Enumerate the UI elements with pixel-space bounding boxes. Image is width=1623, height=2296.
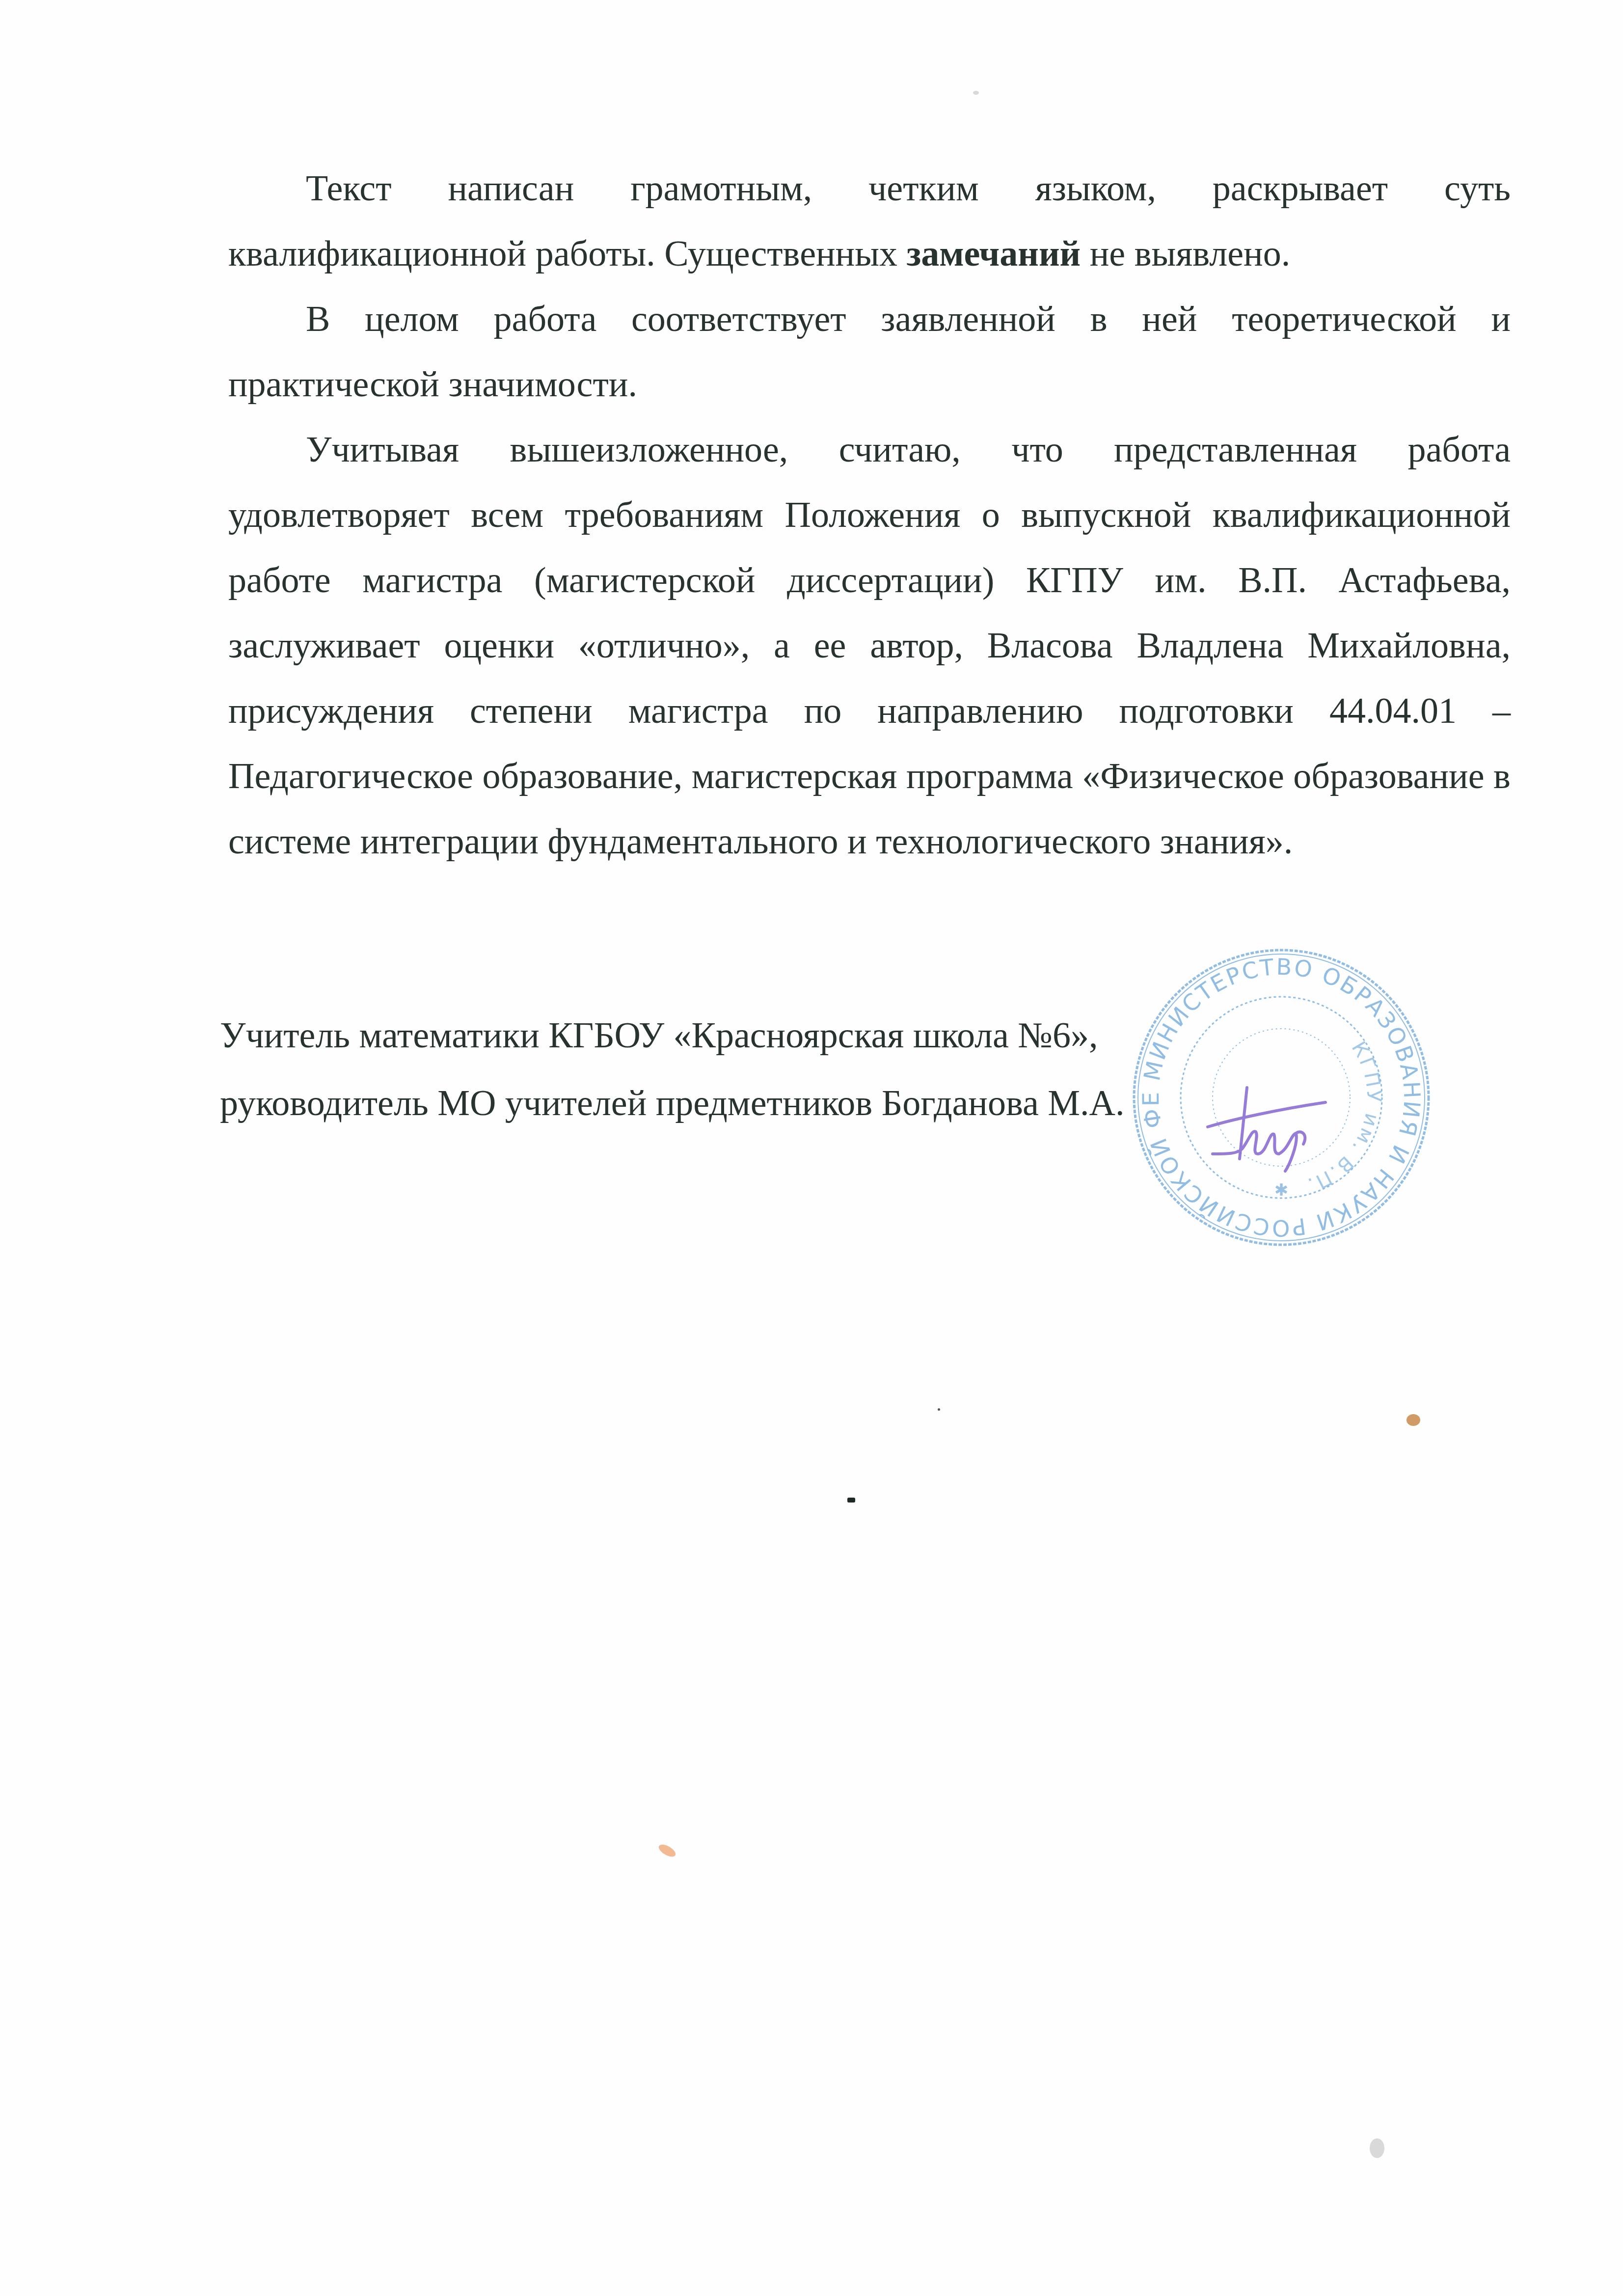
paragraph-3: Учитывая вышеизложенное, считаю, что пре…: [228, 417, 1511, 875]
scan-speck: [1407, 1414, 1420, 1426]
paragraph-2: В целом работа соответствует заявленной …: [228, 287, 1511, 417]
paragraph-1-text-start: Текст написан грамотным, четким языком, …: [228, 168, 1511, 274]
paragraph-1-bold-word: замечаний: [906, 234, 1081, 274]
review-body: Текст написан грамотным, четким языком, …: [228, 156, 1511, 875]
scan-speck: [657, 1842, 677, 1859]
scan-speck: [973, 91, 979, 95]
svg-text:✱: ✱: [1274, 1180, 1289, 1200]
scan-speck: [1370, 2138, 1384, 2158]
paragraph-1: Текст написан грамотным, четким языком, …: [228, 156, 1511, 287]
scan-speck: [938, 1408, 940, 1411]
scan-speck: [847, 1498, 855, 1503]
handwritten-signature-icon: [1203, 1080, 1330, 1178]
signatory-position: Учитель математики КГБОУ «Красноярская ш…: [220, 1002, 1447, 1069]
document-page: Текст написан грамотным, четким языком, …: [0, 0, 1623, 2296]
paragraph-1-text-end: не выявлено.: [1081, 234, 1290, 274]
